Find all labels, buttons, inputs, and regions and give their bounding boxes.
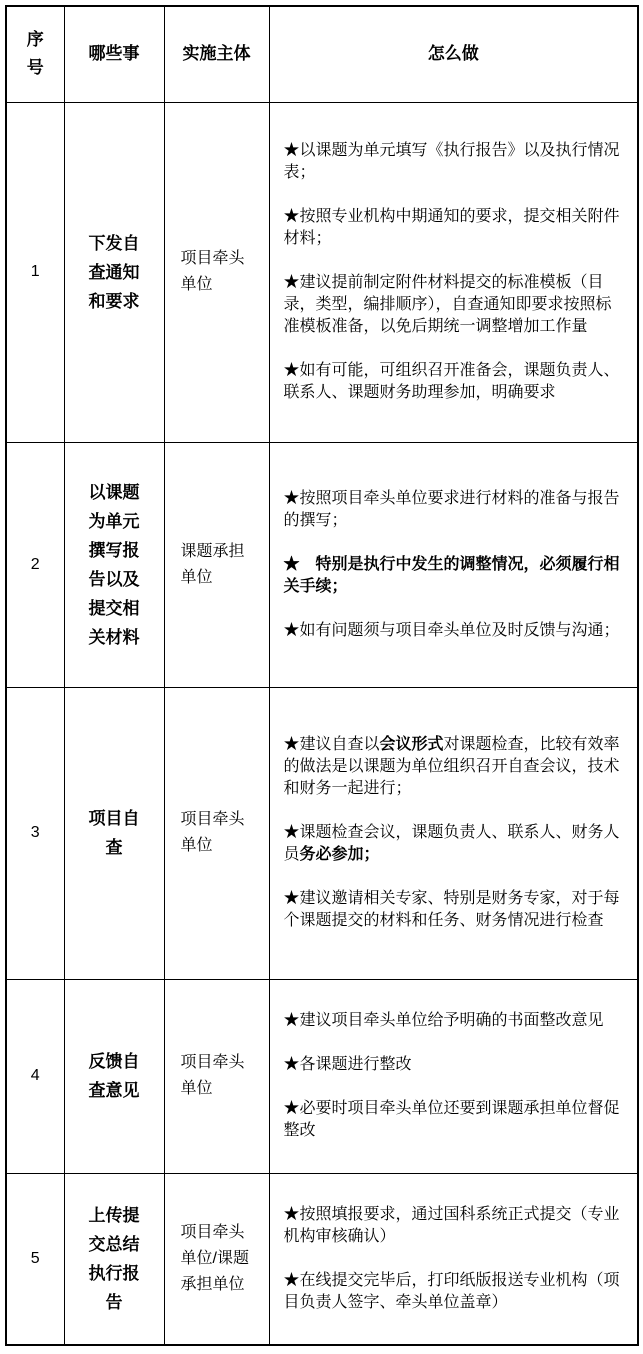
header-how-to-do: 怎么做 [269, 6, 638, 102]
table-body: 1下发自查通知和要求项目牵头单位★以课题为单元填写《执行报告》以及执行情况表；★… [6, 102, 638, 1345]
how-bullet-item: ★以课题为单元填写《执行报告》以及执行情况表； [284, 140, 626, 184]
table-row: 5上传提交总结执行报告项目牵头单位/课题承担单位★按照填报要求，通过国科系统正式… [6, 1173, 638, 1345]
text-segment: ★在线提交完毕后，打印纸版报送专业机构（项目负责人签字、牵头单位盖章） [284, 1272, 620, 1311]
row-how-to-do: ★以课题为单元填写《执行报告》以及执行情况表；★按照专业机构中期通知的要求，提交… [269, 102, 638, 442]
row-task-name: 下发自查通知和要求 [64, 102, 164, 442]
text-segment: ★建议项目牵头单位给予明确的书面整改意见 [284, 1012, 604, 1029]
self-check-process-table: 序号 哪些事 实施主体 怎么做 1下发自查通知和要求项目牵头单位★以课题为单元填… [5, 5, 639, 1346]
how-bullet-item: ★课题检查会议，课题负责人、联系人、财务人员务必参加； [284, 822, 626, 866]
how-bullet-item: ★建议自查以会议形式对课题检查，比较有效率的做法是以课题为单位组织召开自查会议，… [284, 734, 626, 800]
how-bullet-item: ★如有可能，可组织召开准备会，课题负责人、联系人、课题财务助理参加，明确要求 [284, 360, 626, 404]
how-bullet-item: ★必要时项目牵头单位还要到课题承担单位督促整改 [284, 1098, 626, 1142]
how-bullet-item: ★各课题进行整改 [284, 1054, 626, 1076]
how-bullet-item: ★ 特别是执行中发生的调整情况，必须履行相关手续； [284, 554, 626, 598]
header-seq-number: 序号 [6, 6, 64, 102]
header-what-things: 哪些事 [64, 6, 164, 102]
bold-text-segment: 会议形式 [380, 736, 444, 753]
row-task-name: 项目自查 [64, 687, 164, 979]
text-segment: ★各课题进行整改 [284, 1056, 412, 1073]
how-bullet-item: ★建议项目牵头单位给予明确的书面整改意见 [284, 1010, 626, 1032]
text-segment: ★必要时项目牵头单位还要到课题承担单位督促整改 [284, 1100, 620, 1139]
row-implementing-body: 项目牵头单位 [164, 979, 269, 1173]
text-segment: ★建议自查以 [284, 736, 380, 753]
bold-text-segment: 务必参加； [300, 846, 380, 863]
header-row: 序号 哪些事 实施主体 怎么做 [6, 6, 638, 102]
table-row: 4反馈自查意见项目牵头单位★建议项目牵头单位给予明确的书面整改意见★各课题进行整… [6, 979, 638, 1173]
row-task-name: 以课题为单元撰写报告以及提交相关材料 [64, 442, 164, 687]
row-implementing-body: 项目牵头单位 [164, 687, 269, 979]
row-seq-number: 5 [6, 1173, 64, 1345]
header-implementing-body: 实施主体 [164, 6, 269, 102]
row-implementing-body: 项目牵头单位/课题承担单位 [164, 1173, 269, 1345]
row-seq-number: 4 [6, 979, 64, 1173]
row-task-name: 反馈自查意见 [64, 979, 164, 1173]
bold-text-segment: ★ 特别是执行中发生的调整情况，必须履行相关手续； [284, 556, 620, 595]
row-how-to-do: ★建议项目牵头单位给予明确的书面整改意见★各课题进行整改★必要时项目牵头单位还要… [269, 979, 638, 1173]
text-segment: ★如有问题须与项目牵头单位及时反馈与沟通； [284, 622, 620, 639]
row-task-name: 上传提交总结执行报告 [64, 1173, 164, 1345]
how-bullet-item: ★建议邀请相关专家、特别是财务专家，对于每个课题提交的材料和任务、财务情况进行检… [284, 888, 626, 932]
text-segment: ★如有可能，可组织召开准备会，课题负责人、联系人、课题财务助理参加，明确要求 [284, 362, 620, 401]
how-bullet-item: ★按照填报要求，通过国科系统正式提交（专业机构审核确认） [284, 1204, 626, 1248]
row-seq-number: 2 [6, 442, 64, 687]
row-how-to-do: ★按照填报要求，通过国科系统正式提交（专业机构审核确认）★在线提交完毕后，打印纸… [269, 1173, 638, 1345]
text-segment: ★按照项目牵头单位要求进行材料的准备与报告的撰写； [284, 490, 620, 529]
text-segment: ★建议提前制定附件材料提交的标准模板（目录，类型，编排顺序），自查通知即要求按照… [284, 274, 612, 335]
how-bullet-item: ★在线提交完毕后，打印纸版报送专业机构（项目负责人签字、牵头单位盖章） [284, 1270, 626, 1314]
how-bullet-item: ★按照项目牵头单位要求进行材料的准备与报告的撰写； [284, 488, 626, 532]
table-row: 2以课题为单元撰写报告以及提交相关材料课题承担单位★按照项目牵头单位要求进行材料… [6, 442, 638, 687]
how-bullet-item: ★建议提前制定附件材料提交的标准模板（目录，类型，编排顺序），自查通知即要求按照… [284, 272, 626, 338]
row-seq-number: 1 [6, 102, 64, 442]
text-segment: ★按照专业机构中期通知的要求，提交相关附件材料； [284, 208, 620, 247]
table-row: 1下发自查通知和要求项目牵头单位★以课题为单元填写《执行报告》以及执行情况表；★… [6, 102, 638, 442]
how-bullet-item: ★按照专业机构中期通知的要求，提交相关附件材料； [284, 206, 626, 250]
table-row: 3项目自查项目牵头单位★建议自查以会议形式对课题检查，比较有效率的做法是以课题为… [6, 687, 638, 979]
table-header: 序号 哪些事 实施主体 怎么做 [6, 6, 638, 102]
row-how-to-do: ★建议自查以会议形式对课题检查，比较有效率的做法是以课题为单位组织召开自查会议，… [269, 687, 638, 979]
how-bullet-item: ★如有问题须与项目牵头单位及时反馈与沟通； [284, 620, 626, 642]
text-segment: ★建议邀请相关专家、特别是财务专家，对于每个课题提交的材料和任务、财务情况进行检… [284, 890, 620, 929]
row-seq-number: 3 [6, 687, 64, 979]
text-segment: ★以课题为单元填写《执行报告》以及执行情况表； [284, 142, 620, 181]
text-segment: ★按照填报要求，通过国科系统正式提交（专业机构审核确认） [284, 1206, 620, 1245]
row-how-to-do: ★按照项目牵头单位要求进行材料的准备与报告的撰写；★ 特别是执行中发生的调整情况… [269, 442, 638, 687]
row-implementing-body: 课题承担单位 [164, 442, 269, 687]
row-implementing-body: 项目牵头单位 [164, 102, 269, 442]
